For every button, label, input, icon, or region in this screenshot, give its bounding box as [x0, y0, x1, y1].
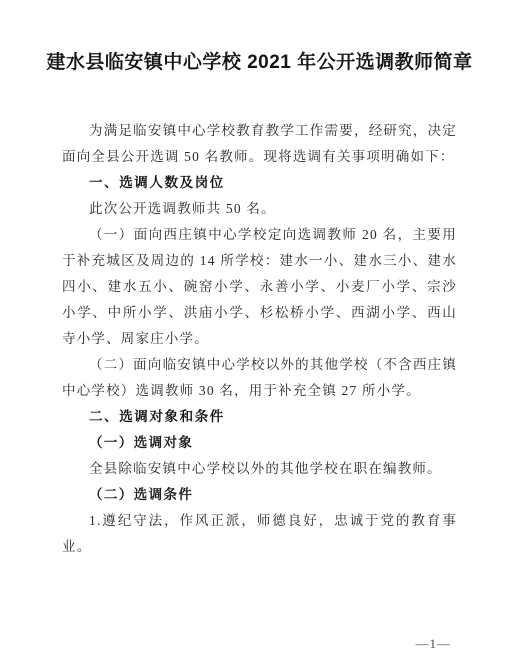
section-1-total-count: 此次公开选调教师共 50 名。 [62, 196, 457, 222]
subsection-1-body: 全县除临安镇中心学校以外的其他学校在职在编教师。 [62, 456, 457, 482]
section-1-heading: 一、选调人数及岗位 [62, 170, 457, 196]
page-number: —1— [416, 636, 452, 652]
document-body: 为满足临安镇中心学校教育教学工作需要，经研究，决定面向全县公开选调 50 名教师… [62, 118, 457, 560]
subsection-2-heading: （二）选调条件 [62, 482, 457, 508]
section-2-heading: 二、选调对象和条件 [62, 404, 457, 430]
section-1-item-1: （一）面向西庄镇中心学校定向选调教师 20 名，主要用于补充城区及周边的 14 … [62, 222, 457, 352]
section-1-item-2: （二）面向临安镇中心学校以外的其他学校（不含西庄镇中心学校）选调教师 30 名，… [62, 352, 457, 404]
intro-paragraph: 为满足临安镇中心学校教育教学工作需要，经研究，决定面向全县公开选调 50 名教师… [62, 118, 457, 170]
document-title: 建水县临安镇中心学校 2021 年公开选调教师简章 [0, 0, 519, 78]
condition-item-1: 1.遵纪守法，作风正派，师德良好，忠诚于党的教育事业。 [62, 508, 457, 560]
document-page: 建水县临安镇中心学校 2021 年公开选调教师简章 为满足临安镇中心学校教育教学… [0, 0, 519, 660]
subsection-1-heading: （一）选调对象 [62, 430, 457, 456]
